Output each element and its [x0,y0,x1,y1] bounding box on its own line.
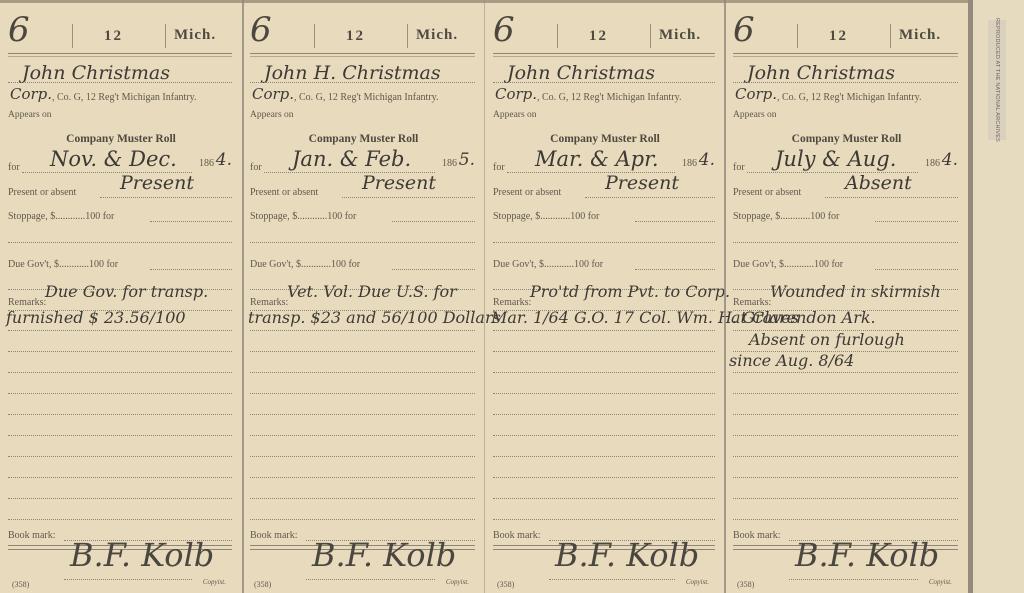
dotted-line [8,351,232,352]
dotted-line [250,519,475,520]
regiment-number: 12 [104,28,123,45]
copyist-signature: B.F. Kolb [555,536,699,574]
header-number: 6 [250,10,272,50]
year-printed: 186 [925,158,940,169]
book-mark-label: Book mark: [733,530,781,541]
soldier-rank: Corp. [735,85,777,103]
dotted-line [875,269,958,270]
state-label: Mich. [174,27,216,44]
header-separator [165,24,166,48]
dotted-line [8,372,232,373]
dotted-line [250,82,475,83]
dotted-line [493,519,715,520]
remarks-line-1: Due Gov. for transp. [45,282,208,301]
copyist-label: Copyist. [686,578,709,586]
state-label: Mich. [659,27,701,44]
muster-period: Jan. & Feb. [292,147,411,171]
dotted-line [8,477,232,478]
roll-title: Company Muster Roll [485,133,725,145]
book-mark-label: Book mark: [493,530,541,541]
copyist-signature: B.F. Kolb [70,536,214,574]
stoppage-label: Stoppage, $............100 for [733,211,839,222]
dotted-line [789,579,918,580]
regiment-number: 12 [829,28,848,45]
for-label: for [493,162,505,173]
dotted-line [250,498,475,499]
muster-period: Nov. & Dec. [50,147,177,171]
header-separator [557,24,558,48]
remarks-line-1: Pro'td from Pvt. to Corp. [530,282,730,301]
dotted-line [733,393,958,394]
presence-status: Present [605,172,679,194]
dotted-line [733,477,958,478]
form-number: (358) [12,580,29,589]
for-label: for [8,162,20,173]
header-separator [890,24,891,48]
year-printed: 186 [199,158,214,169]
dotted-line [733,414,958,415]
appears-on-label: Appears on [493,110,537,120]
archive-stamp: REPRODUCED AT THE NATIONAL ARCHIVES [988,20,1006,140]
dotted-line [493,435,715,436]
unit-label: , Co. G, 12 Reg't Michigan Infantry. [294,92,438,103]
for-label: for [250,162,262,173]
dotted-line [8,393,232,394]
header-rule [733,53,958,54]
dotted-line [250,456,475,457]
dotted-line [392,221,475,222]
dotted-line [493,456,715,457]
dotted-line [493,82,715,83]
soldier-name: John Christmas [22,62,170,84]
copyist-label: Copyist. [929,578,952,586]
card-header: 6 12 Mich. [8,20,232,52]
dotted-line [64,579,192,580]
year-written: 4. [699,150,715,170]
book-mark-label: Book mark: [250,530,298,541]
appears-on-label: Appears on [250,110,294,120]
year-written: 5. [459,150,475,170]
year-printed: 186 [442,158,457,169]
card-header: 6 12 Mich. [250,20,475,52]
unit-label: , Co. G, 12 Reg't Michigan Infantry. [52,92,196,103]
dotted-line [635,221,715,222]
presence-status: Present [120,172,194,194]
dotted-line [733,242,958,243]
dotted-line [250,393,475,394]
due-govt-label: Due Gov't, $............100 for [250,259,360,270]
dotted-line [733,351,958,352]
archive-stamp-text: REPRODUCED AT THE NATIONAL ARCHIVES [994,18,1000,142]
header-rule [733,56,958,57]
copyist-label: Copyist. [446,578,469,586]
dotted-line [635,269,715,270]
remarks-line-1: Vet. Vol. Due U.S. for [287,282,457,301]
dotted-line [493,351,715,352]
header-rule [250,53,475,54]
unit-label: , Co. G, 12 Reg't Michigan Infantry. [537,92,681,103]
page-edge [968,0,973,593]
dotted-line [250,414,475,415]
dotted-line [493,393,715,394]
card-divider [484,0,485,593]
dotted-line [8,414,232,415]
header-number: 6 [733,10,755,50]
card-divider [724,0,726,593]
copyist-signature: B.F. Kolb [795,536,939,574]
copyist-label: Copyist. [203,578,226,586]
soldier-rank: Corp. [495,85,537,103]
dotted-line [306,579,435,580]
for-label: for [733,162,745,173]
dotted-line [8,456,232,457]
year-written: 4. [942,150,958,170]
dotted-line [250,435,475,436]
remarks-label: Remarks: [8,297,46,308]
state-label: Mich. [416,27,458,44]
stoppage-label: Stoppage, $............100 for [8,211,114,222]
form-number: (358) [254,580,271,589]
card-header: 6 12 Mich. [733,20,958,52]
remarks-label: Remarks: [493,297,531,308]
header-separator [650,24,651,48]
header-rule [8,56,232,57]
soldier-name: John Christmas [747,62,895,84]
book-mark-label: Book mark: [8,530,56,541]
muster-card: 6 12 Mich. John Christmas Corp. , Co. G,… [725,0,968,593]
dotted-line [733,330,958,331]
dotted-line [100,197,232,198]
muster-period: July & Aug. [775,147,896,171]
dotted-line [8,498,232,499]
soldier-name: John H. Christmas [264,62,441,84]
form-number: (358) [737,580,754,589]
presence-status: Absent [845,172,912,194]
dotted-line [342,197,475,198]
roll-title: Company Muster Roll [242,133,485,145]
remarks-line-4: since Aug. 8/64 [729,351,854,370]
dotted-line [585,197,715,198]
state-label: Mich. [899,27,941,44]
present-absent-label: Present or absent [493,187,561,198]
unit-label: , Co. G, 12 Reg't Michigan Infantry. [777,92,921,103]
dotted-line [733,498,958,499]
dotted-line [733,519,958,520]
dotted-line [733,435,958,436]
muster-period: Mar. & Apr. [535,147,659,171]
dotted-line [250,351,475,352]
dotted-line [733,82,958,83]
dotted-line [392,269,475,270]
header-rule [493,56,715,57]
due-govt-label: Due Gov't, $............100 for [493,259,603,270]
dotted-line [8,242,232,243]
due-govt-label: Due Gov't, $............100 for [8,259,118,270]
appears-on-label: Appears on [8,110,52,120]
dotted-line [493,310,715,311]
present-absent-label: Present or absent [8,187,76,198]
dotted-line [493,414,715,415]
regiment-number: 12 [346,28,365,45]
dotted-line [825,197,958,198]
card-header: 6 12 Mich. [493,20,715,52]
due-govt-label: Due Gov't, $............100 for [733,259,843,270]
remarks-line-3: Absent on furlough [749,330,905,349]
muster-card: 6 12 Mich. John Christmas Corp. , Co. G,… [485,0,725,593]
dotted-line [733,456,958,457]
header-separator [314,24,315,48]
dotted-line [493,330,715,331]
dotted-line [250,372,475,373]
header-separator [797,24,798,48]
dotted-line [8,82,232,83]
dotted-line [250,310,475,311]
present-absent-label: Present or absent [733,187,801,198]
dotted-line [875,221,958,222]
dotted-line [493,477,715,478]
header-separator [72,24,73,48]
roll-title: Company Muster Roll [0,133,242,145]
remarks-label: Remarks: [733,297,771,308]
dotted-line [250,477,475,478]
remarks-line-1: Wounded in skirmish [770,282,941,301]
dotted-line [493,242,715,243]
remarks-label: Remarks: [250,297,288,308]
dotted-line [8,519,232,520]
regiment-number: 12 [589,28,608,45]
header-number: 6 [8,10,30,50]
soldier-rank: Corp. [252,85,294,103]
dotted-line [493,498,715,499]
muster-card: 6 12 Mich. John H. Christmas Corp. , Co.… [242,0,485,593]
dotted-line [733,310,958,311]
muster-card: 6 12 Mich. John Christmas Corp. , Co. G,… [0,0,242,593]
roll-title: Company Muster Roll [725,133,968,145]
stoppage-label: Stoppage, $............100 for [493,211,599,222]
presence-status: Present [362,172,436,194]
header-rule [250,56,475,57]
card-divider [242,0,244,593]
soldier-name: John Christmas [507,62,655,84]
appears-on-label: Appears on [733,110,777,120]
header-rule [8,53,232,54]
header-number: 6 [493,10,515,50]
dotted-line [8,310,232,311]
dotted-line [8,435,232,436]
header-rule [493,53,715,54]
dotted-line [493,372,715,373]
present-absent-label: Present or absent [250,187,318,198]
stoppage-label: Stoppage, $............100 for [250,211,356,222]
dotted-line [8,330,232,331]
dotted-line [733,372,958,373]
dotted-line [250,242,475,243]
form-number: (358) [497,580,514,589]
dotted-line [549,579,675,580]
copyist-signature: B.F. Kolb [312,536,456,574]
dotted-line [150,221,232,222]
dotted-line [250,330,475,331]
year-printed: 186 [682,158,697,169]
dotted-line [150,269,232,270]
header-separator [407,24,408,48]
soldier-rank: Corp. [10,85,52,103]
year-written: 4. [216,150,232,170]
